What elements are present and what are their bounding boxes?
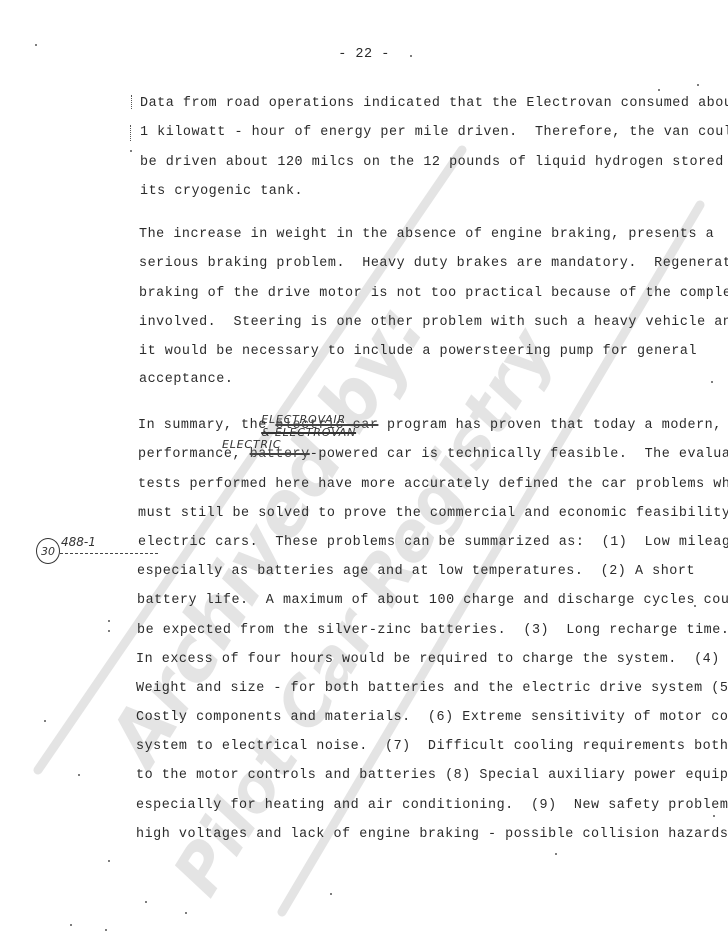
circled-number: 30 xyxy=(36,538,60,564)
paragraph-1-line-1: Data from road operations indicated that… xyxy=(140,96,728,112)
scan-speck xyxy=(108,860,110,862)
scan-speck xyxy=(78,774,80,776)
paragraph-3-line-2: performance, battery-powered car is tech… xyxy=(138,447,728,463)
paragraph-3-line-8: be expected from the silver-zinc batteri… xyxy=(137,623,728,639)
paragraph-3-line-14: especially for heating and air condition… xyxy=(136,798,728,814)
paragraph-3-line-3: tests performed here have more accuratel… xyxy=(138,477,728,493)
paragraph-2-line-2: serious braking problem. Heavy duty brak… xyxy=(139,256,728,272)
text-segment: In summary, the xyxy=(138,418,275,433)
scan-speck xyxy=(697,84,699,86)
paragraph-3-line-9: In excess of four hours would be require… xyxy=(136,652,720,668)
scan-speck xyxy=(130,150,132,152)
page-number: - 22 - xyxy=(0,47,728,62)
paragraph-3-line-6: especially as batteries age and at low t… xyxy=(137,564,695,580)
paragraph-3-line-10: Weight and size - for both batteries and… xyxy=(136,681,728,697)
text-segment: performance, xyxy=(138,447,250,462)
scan-speck xyxy=(145,901,147,903)
paragraph-2-line-5: it would be necessary to include a power… xyxy=(139,344,697,360)
paragraph-2-line-4: involved. Steering is one other problem … xyxy=(139,315,728,331)
scan-speck xyxy=(658,89,660,91)
scan-speck xyxy=(711,381,713,383)
paragraph-2-line-3: braking of the drive motor is not too pr… xyxy=(139,286,728,302)
paragraph-3-line-13: to the motor controls and batteries (8) … xyxy=(136,768,728,784)
struck-text: battery xyxy=(250,447,310,462)
watermark-text-2: Pilot Car Registry xyxy=(158,313,570,908)
scan-speck xyxy=(410,55,412,57)
paragraph-1-line-2: 1 kilowatt - hour of energy per mile dri… xyxy=(140,125,728,141)
paragraph-3-line-12: system to electrical noise. (7) Difficul… xyxy=(136,739,728,755)
scan-speck xyxy=(185,912,187,914)
scan-speck xyxy=(35,44,37,46)
margin-reference: 488-1 xyxy=(61,535,96,549)
scan-speck xyxy=(105,929,107,931)
text-segment: -powered car is technically feasible. Th… xyxy=(310,447,728,462)
scan-speck xyxy=(70,924,72,926)
scan-speck xyxy=(330,893,332,895)
paragraph-3-line-5: electric cars. These problems can be sum… xyxy=(138,535,728,551)
paragraph-3-line-11: Costly components and materials. (6) Ext… xyxy=(136,710,728,726)
paragraph-1-line-4: its cryogenic tank. xyxy=(140,184,303,200)
document-page: Archived by: Pilot Car Registry - 22 - D… xyxy=(0,0,728,942)
paragraph-2-line-6: acceptance. xyxy=(139,372,233,388)
scan-speck xyxy=(694,605,696,607)
margin-underline xyxy=(60,553,158,554)
paragraph-3-line-1: In summary, the electric car program has… xyxy=(138,418,728,434)
paragraph-1-line-3: be driven about 120 milcs on the 12 poun… xyxy=(140,155,728,171)
struck-text: electric car xyxy=(275,418,378,433)
scan-mark xyxy=(130,125,132,141)
paragraph-3-line-7: battery life. A maximum of about 100 cha… xyxy=(137,593,728,609)
scan-speck xyxy=(44,720,46,722)
scan-speck xyxy=(108,620,110,622)
scan-mark xyxy=(131,95,133,109)
paragraph-3-line-15: high voltages and lack of engine braking… xyxy=(136,827,728,843)
scan-speck xyxy=(108,630,110,632)
paragraph-2-line-1: The increase in weight in the absence of… xyxy=(139,227,714,243)
scan-speck xyxy=(713,815,715,817)
paragraph-3-line-4: must still be solved to prove the commer… xyxy=(138,506,728,522)
text-segment: program has proven that today a modern, … xyxy=(378,418,728,433)
scan-speck xyxy=(555,853,557,855)
